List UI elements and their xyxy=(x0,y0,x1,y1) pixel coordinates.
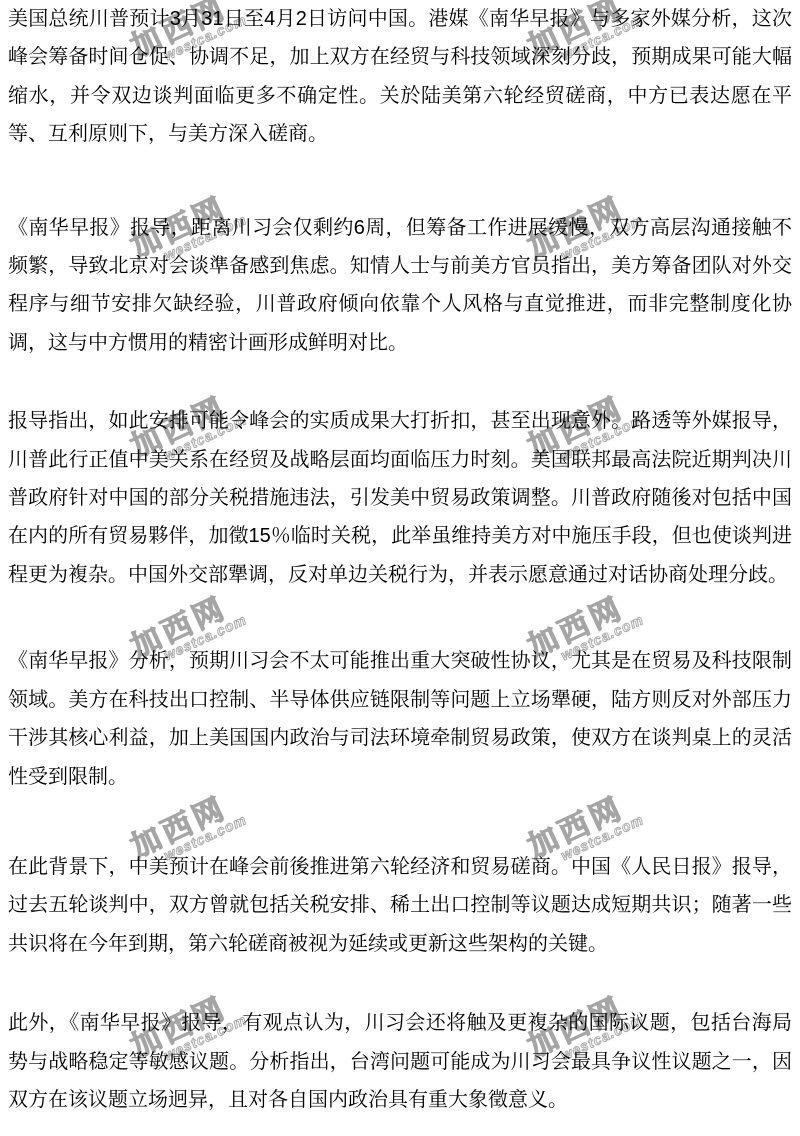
paragraph-line: 报导指出，如此安排可能令峰会的实质成果大打折扣，甚至出现意外。路透等外媒报导， xyxy=(8,402,792,440)
paragraph-line: 领域。美方在科技出口控制、半导体供应链限制等问题上立场犟硬，陆方则反对外部压力 xyxy=(8,681,792,719)
paragraph-line: 共识将在今年到期，第六轮磋商被视为延续或更新这些架构的关键。 xyxy=(8,925,792,963)
paragraph-line: 频繁，导致北京对会谈準备感到焦虑。知情人士与前美方官员指出，美方筹备团队对外交 xyxy=(8,247,792,285)
paragraph-line: 此外，《南华早报》报导，有观点认为，川习会还将触及更複杂的国际议题，包括台海局 xyxy=(8,1004,792,1042)
article-page: 加西网 westca.com 加西网 westca.com 加西网 westca… xyxy=(0,0,800,1136)
paragraph-line: 在内的所有贸易夥伴，加徵15％临时关税，此举虽维持美方对中施压手段，但也使谈判进 xyxy=(8,517,792,555)
paragraph-line: 川普此行正值中美关系在经贸及战略层面均面临压力时刻。美国联邦最高法院近期判决川 xyxy=(8,441,792,479)
paragraph-line: 干涉其核心利益，加上美国国内政治与司法环境牵制贸易政策，使双方在谈判桌上的灵活 xyxy=(8,719,792,757)
paragraph-line: 《南华早报》分析，预期川习会不太可能推出重大突破性协议，尤其是在贸易及科技限制 xyxy=(8,642,792,680)
paragraph-line: 调，这与中方惯用的精密计画形成鲜明对比。 xyxy=(8,324,792,362)
paragraph: 《南华早报》分析，预期川习会不太可能推出重大突破性协议，尤其是在贸易及科技限制 … xyxy=(8,642,792,796)
paragraph-line: 普政府针对中国的部分关税措施违法，引发美中贸易政策调整。川普政府随後对包括中国 xyxy=(8,479,792,517)
paragraph-line: 峰会筹备时间仓促、协调不足，加上双方在经贸与科技领域深刻分歧，预期成果可能大幅 xyxy=(8,38,792,76)
paragraph-line: 《南华早报》报导，距离川习会仅剩约6周，但筹备工作进展缓慢，双方高层沟通接触不 xyxy=(8,209,792,247)
paragraph-line: 等、互利原则下，与美方深入磋商。 xyxy=(8,115,792,153)
paragraph-line: 程序与细节安排欠缺经验，川普政府倾向依靠个人风格与直觉推进，而非完整制度化协 xyxy=(8,285,792,323)
paragraph: 美国总统川普预计3月31日至4月2日访问中国。港媒《南华早报》与多家外媒分析，这… xyxy=(8,0,792,154)
paragraph-line: 美国总统川普预计3月31日至4月2日访问中国。港媒《南华早报》与多家外媒分析，这… xyxy=(8,0,792,38)
paragraph-line: 在此背景下，中美预计在峰会前後推进第六轮经济和贸易磋商。中国《人民日报》报导， xyxy=(8,848,792,886)
paragraph-line: 性受到限制。 xyxy=(8,758,792,796)
paragraph: 在此背景下，中美预计在峰会前後推进第六轮经济和贸易磋商。中国《人民日报》报导， … xyxy=(8,848,792,963)
paragraph-line: 程更为複杂。中国外交部犟调，反对单边关税行为，并表示愿意通过对话协商处理分歧。 xyxy=(8,556,792,594)
paragraph: 报导指出，如此安排可能令峰会的实质成果大打折扣，甚至出现意外。路透等外媒报导， … xyxy=(8,402,792,594)
article-body: 美国总统川普预计3月31日至4月2日访问中国。港媒《南华早报》与多家外媒分析，这… xyxy=(0,0,800,1119)
paragraph: 此外，《南华早报》报导，有观点认为，川习会还将触及更複杂的国际议题，包括台海局 … xyxy=(8,1004,792,1119)
paragraph: 《南华早报》报导，距离川习会仅剩约6周，但筹备工作进展缓慢，双方高层沟通接触不 … xyxy=(8,209,792,363)
paragraph-line: 势与战略稳定等敏感议题。分析指出，台湾问题可能成为川习会最具争议性议题之一，因 xyxy=(8,1043,792,1081)
paragraph-line: 缩水，并令双边谈判面临更多不确定性。关於陆美第六轮经贸磋商，中方已表达愿在平 xyxy=(8,77,792,115)
paragraph-line: 双方在该议题立场迥异，且对各自国内政治具有重大象徵意义。 xyxy=(8,1081,792,1119)
paragraph-line: 过去五轮谈判中，双方曾就包括关税安排、稀土出口控制等议题达成短期共识；随著一些 xyxy=(8,886,792,924)
